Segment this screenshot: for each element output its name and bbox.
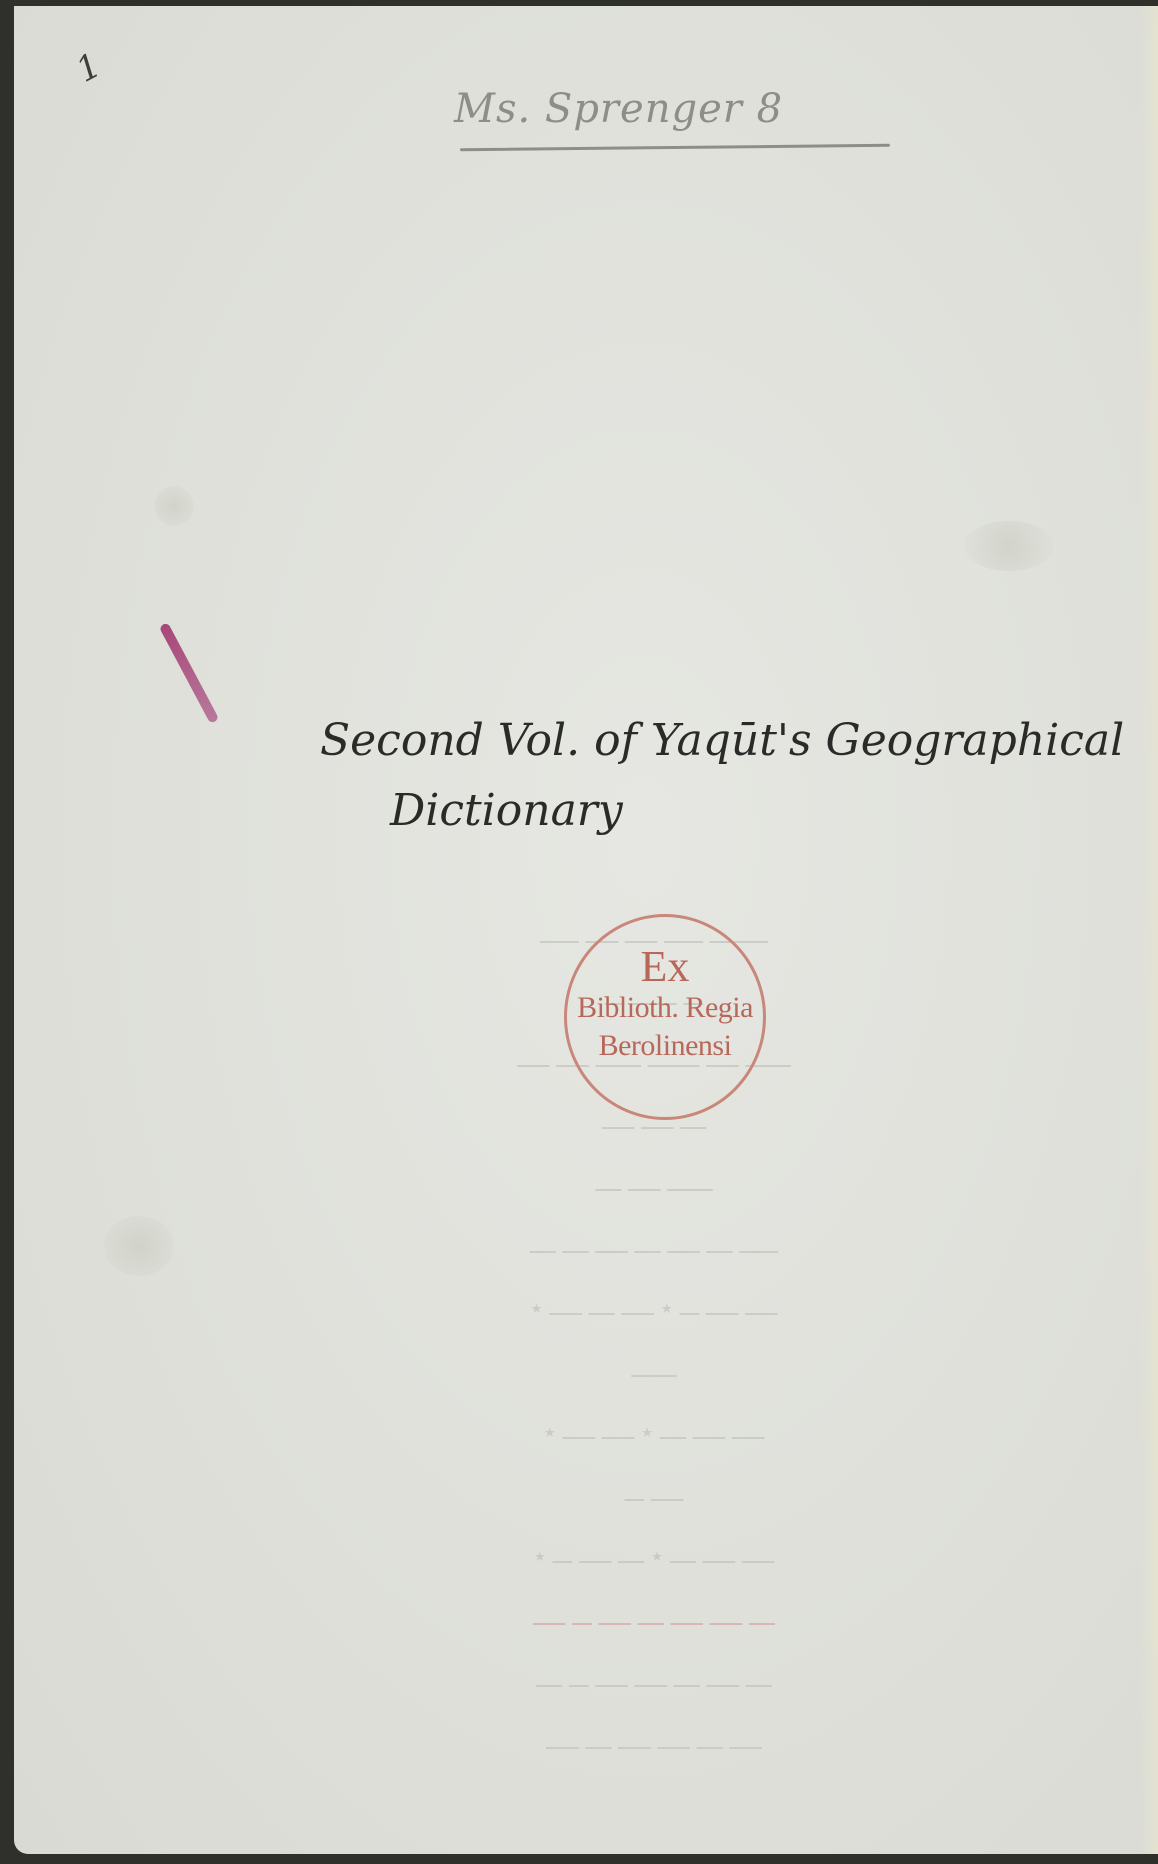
stamp-line-2: Biblioth. Regia xyxy=(567,989,763,1027)
library-stamp: Ex Biblioth. Regia Berolinensi xyxy=(564,914,766,1120)
folio-number: 1 xyxy=(70,45,108,90)
handwritten-note: Second Vol. of Yaqūt's Geographical Dict… xyxy=(320,706,1124,847)
note-line-2: Dictionary xyxy=(320,776,1124,846)
bleed-line: ــــــ ــــ ـــــ ــــ ـــــ ــــ ــــ xyxy=(254,1216,1054,1278)
paper-stain xyxy=(964,521,1054,571)
bleed-line: ـــــ ــــ ـــــ ـــــ ــــ ـــــ xyxy=(254,1712,1054,1774)
stamp-line-1: Ex xyxy=(567,945,763,989)
shelfmark-underline xyxy=(460,144,890,152)
bleed-line: ـــــ ـــــ ــــ ٭ ـــــ ـــــ ٭ xyxy=(254,1402,1054,1464)
bleed-line: ـــــ ـــ xyxy=(254,1464,1054,1526)
paper-stain xyxy=(154,486,194,526)
bleed-line: ـــــــ ـــــ ــــ xyxy=(254,1154,1054,1216)
manuscript-page: 1 Ms. Sprenger 8 ـــــــــ ــــــ ـــــ … xyxy=(14,6,1158,1854)
stamp-line-3: Berolinensi xyxy=(567,1027,763,1065)
purple-ink-mark xyxy=(159,622,219,724)
bleed-line: ـــــــ xyxy=(254,1340,1054,1402)
bleed-line red-bit: ــــ ـــــ ـــــ ــــ ـــــ ـــ ـــــ xyxy=(254,1588,1054,1650)
bleed-line: ــــ ـــــ ــــ ـــــ ـــــ ـــ ــــ xyxy=(254,1650,1054,1712)
bleed-line: ـــــ ـــــ ــــ ٭ ــــ ـــــ ـــ ٭ xyxy=(254,1526,1054,1588)
shelfmark: Ms. Sprenger 8 xyxy=(454,86,884,132)
bleed-line: ـــــ ـــــ ـــ ٭ ـــــ ــــ ـــــ ٭ xyxy=(254,1278,1054,1340)
paper-stain xyxy=(104,1216,174,1276)
note-line-1: Second Vol. of Yaqūt's Geographical xyxy=(320,715,1124,766)
